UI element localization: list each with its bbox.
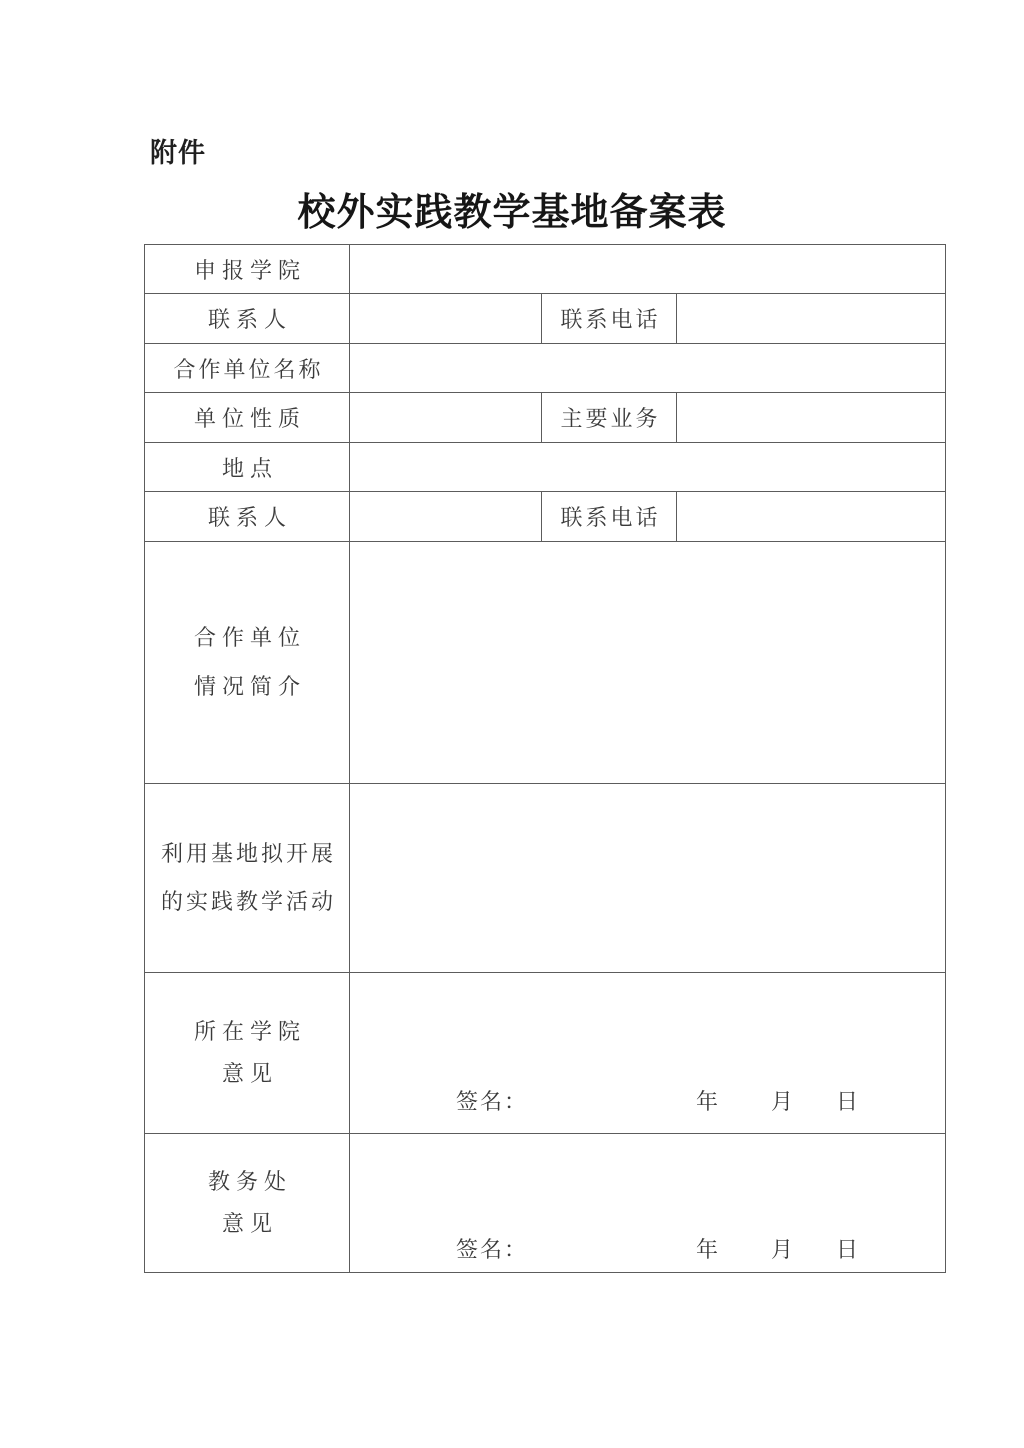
table-row: 所在学院 意见 签名： 年 月 日 <box>145 973 946 1134</box>
label-line: 意见 <box>145 1053 349 1095</box>
label-contact-phone-2: 联系电话 <box>542 492 677 542</box>
label-line: 意见 <box>145 1203 349 1245</box>
label-contact-person-1: 联系人 <box>145 294 350 344</box>
page-title: 校外实践教学基地备案表 <box>0 181 1024 236</box>
table-row: 联系人 联系电话 <box>145 492 946 542</box>
label-planned-activities: 利用基地拟开展 的实践教学活动 <box>145 784 350 973</box>
field-main-business <box>677 393 946 443</box>
date-year-label: 年 <box>696 1085 718 1116</box>
label-line: 的实践教学活动 <box>145 878 349 926</box>
label-main-business: 主要业务 <box>542 393 677 443</box>
label-partner-profile: 合作单位 情况简介 <box>145 542 350 784</box>
date-month-label: 月 <box>771 1233 793 1264</box>
document-page: 附件 校外实践教学基地备案表 申报学院 联系人 联系电话 合作单位名称 单位 <box>0 0 1024 1448</box>
field-location <box>350 443 946 492</box>
field-partner-unit-name <box>350 344 946 393</box>
label-contact-phone-1: 联系电话 <box>542 294 677 344</box>
filing-form-table: 申报学院 联系人 联系电话 合作单位名称 单位性质 主要业务 地点 <box>144 244 946 1273</box>
label-line: 教务处 <box>145 1161 349 1203</box>
field-partner-profile <box>350 542 946 784</box>
table-row: 合作单位名称 <box>145 344 946 393</box>
label-contact-person-2: 联系人 <box>145 492 350 542</box>
label-aao-opinion: 教务处 意见 <box>145 1134 350 1273</box>
date-day-label: 日 <box>836 1085 858 1116</box>
field-aao-opinion: 签名： 年 月 日 <box>350 1134 946 1273</box>
field-contact-phone-2 <box>677 492 946 542</box>
sign-name-label: 签名： <box>456 1085 528 1116</box>
label-line: 情况简介 <box>145 663 349 711</box>
label-applying-college: 申报学院 <box>145 245 350 294</box>
date-year-label: 年 <box>696 1233 718 1264</box>
label-unit-nature: 单位性质 <box>145 393 350 443</box>
label-partner-unit-name: 合作单位名称 <box>145 344 350 393</box>
label-line: 合作单位 <box>145 614 349 662</box>
table-row: 地点 <box>145 443 946 492</box>
field-contact-person-2 <box>350 492 542 542</box>
signature-line: 签名： 年 月 日 <box>350 1233 945 1272</box>
label-line: 所在学院 <box>145 1011 349 1053</box>
field-college-opinion: 签名： 年 月 日 <box>350 973 946 1134</box>
date-day-label: 日 <box>836 1233 858 1264</box>
field-unit-nature <box>350 393 542 443</box>
label-line: 利用基地拟开展 <box>145 830 349 878</box>
field-contact-person-1 <box>350 294 542 344</box>
attachment-label: 附件 <box>150 131 206 170</box>
table-row: 申报学院 <box>145 245 946 294</box>
label-college-opinion: 所在学院 意见 <box>145 973 350 1134</box>
field-contact-phone-1 <box>677 294 946 344</box>
table-row: 联系人 联系电话 <box>145 294 946 344</box>
field-applying-college <box>350 245 946 294</box>
label-location: 地点 <box>145 443 350 492</box>
table-row: 教务处 意见 签名： 年 月 日 <box>145 1134 946 1273</box>
signature-line: 签名： 年 月 日 <box>350 1085 945 1133</box>
sign-name-label: 签名： <box>456 1233 528 1264</box>
table-row: 合作单位 情况简介 <box>145 542 946 784</box>
table-row: 利用基地拟开展 的实践教学活动 <box>145 784 946 973</box>
table-row: 单位性质 主要业务 <box>145 393 946 443</box>
date-month-label: 月 <box>771 1085 793 1116</box>
field-planned-activities <box>350 784 946 973</box>
